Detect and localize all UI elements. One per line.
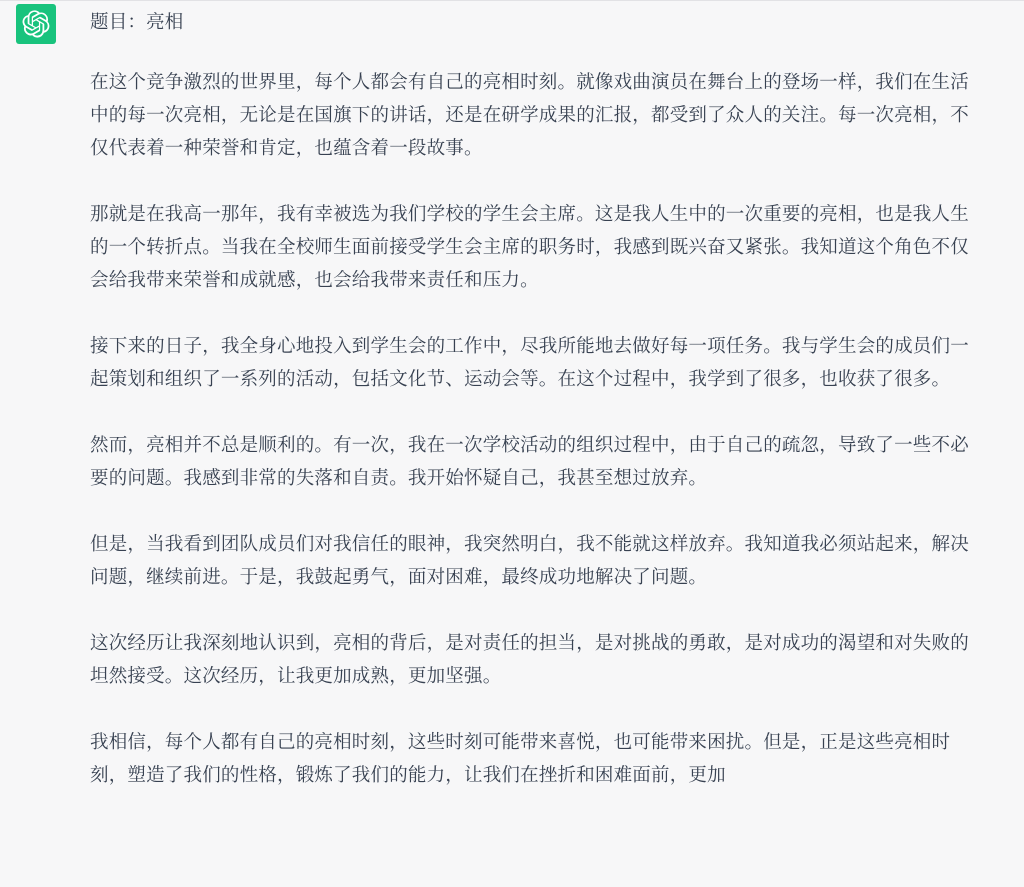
paragraph-2: 那就是在我高一那年，我有幸被选为我们学校的学生会主席。这是我人生中的一次重要的亮… [90,198,970,297]
paragraph-6: 这次经历让我深刻地认识到，亮相的背后，是对责任的担当，是对挑战的勇敢，是对成功的… [90,627,970,693]
assistant-avatar [16,4,56,44]
paragraph-4: 然而，亮相并不总是顺利的。有一次，我在一次学校活动的组织过程中，由于自己的疏忽，… [90,429,970,495]
assistant-message: 题目：亮相 在这个竞争激烈的世界里，每个人都会有自己的亮相时刻。就像戏曲演员在舞… [0,0,1024,887]
paragraph-3: 接下来的日子，我全身心地投入到学生会的工作中，尽我所能地去做好每一项任务。我与学… [90,330,970,396]
paragraph-1: 在这个竞争激烈的世界里，每个人都会有自己的亮相时刻。就像戏曲演员在舞台上的登场一… [90,66,970,165]
message-content: 题目：亮相 在这个竞争激烈的世界里，每个人都会有自己的亮相时刻。就像戏曲演员在舞… [90,6,970,825]
paragraph-7: 我相信，每个人都有自己的亮相时刻，这些时刻可能带来喜悦，也可能带来困扰。但是，正… [90,726,970,792]
paragraph-5: 但是，当我看到团队成员们对我信任的眼神，我突然明白，我不能就这样放弃。我知道我必… [90,528,970,594]
essay-title: 题目：亮相 [90,6,970,39]
openai-logo-icon [22,10,50,38]
